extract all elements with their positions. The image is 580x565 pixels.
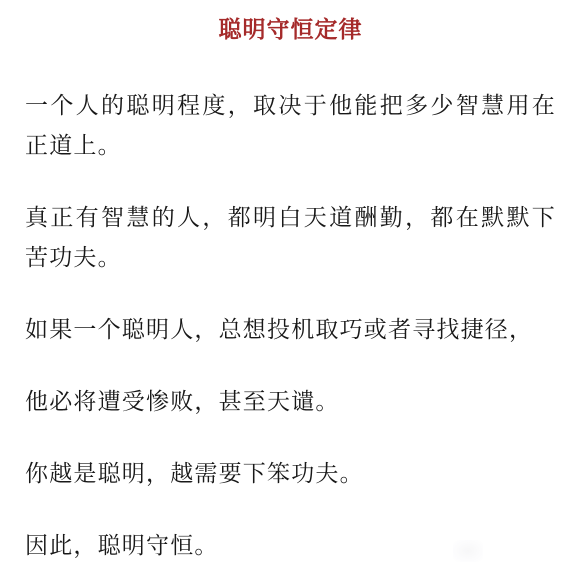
paragraph-3: 如果一个聪明人，总想投机取巧或者寻找捷径， (25, 309, 556, 349)
paragraph-1: 一个人的聪明程度，取决于他能把多少智慧用在正道上。 (25, 85, 556, 165)
page-title: 聪明守恒定律 (25, 12, 556, 46)
article: 聪明守恒定律 一个人的聪明程度，取决于他能把多少智慧用在正道上。 真正有智慧的人… (0, 0, 580, 565)
paragraph-2: 真正有智慧的人，都明白天道酬勤，都在默默下苦功夫。 (25, 197, 556, 277)
paragraph-4: 他必将遭受惨败，甚至天谴。 (25, 381, 556, 421)
paragraph-5: 你越是聪明，越需要下笨功夫。 (25, 453, 556, 493)
paragraph-6: 因此，聪明守恒。 (25, 525, 556, 565)
